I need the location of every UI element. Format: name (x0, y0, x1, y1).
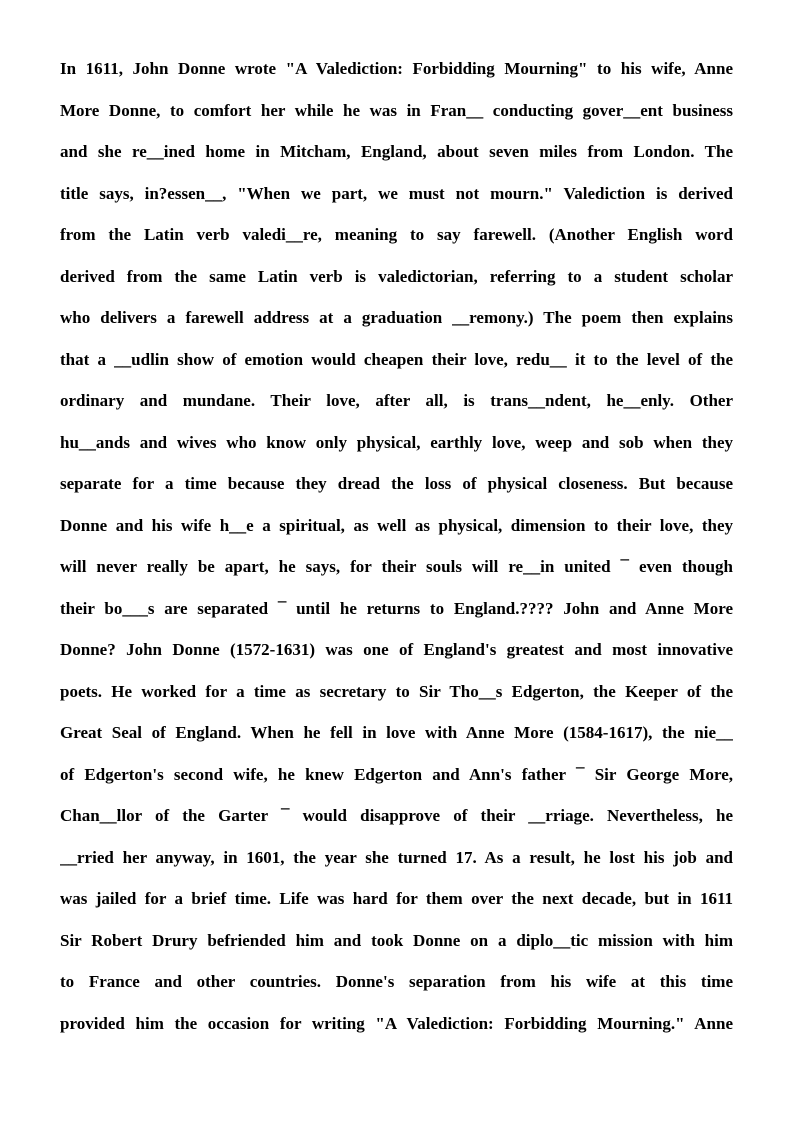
text-line: who delivers a farewell address at a gra… (60, 297, 733, 339)
text-line: Great Seal of England. When he fell in l… (60, 712, 733, 754)
text-line: More Donne, to comfort her while he was … (60, 90, 733, 132)
text-line: Sir Robert Drury befriended him and took… (60, 920, 733, 962)
text-line: title says, in?essen__, "When we part, w… (60, 173, 733, 215)
text-line: ordinary and mundane. Their love, after … (60, 380, 733, 422)
document-body-text: In 1611, John Donne wrote "A Valediction… (60, 48, 733, 1044)
text-line: Chan__llor of the Garter ¯ would disappr… (60, 795, 733, 837)
text-line: from the Latin verb valedi__re, meaning … (60, 214, 733, 256)
text-line: derived from the same Latin verb is vale… (60, 256, 733, 298)
text-line: Donne? John Donne (1572-1631) was one of… (60, 629, 733, 671)
text-line: separate for a time because they dread t… (60, 463, 733, 505)
text-line: Donne and his wife h__e a spiritual, as … (60, 505, 733, 547)
text-line: of Edgerton's second wife, he knew Edger… (60, 754, 733, 796)
text-line: poets. He worked for a time as secretary… (60, 671, 733, 713)
text-line: hu__ands and wives who know only physica… (60, 422, 733, 464)
text-line: to France and other countries. Donne's s… (60, 961, 733, 1003)
text-line: will never really be apart, he says, for… (60, 546, 733, 588)
document-page: In 1611, John Donne wrote "A Valediction… (0, 0, 793, 1122)
text-line: provided him the occasion for writing "A… (60, 1003, 733, 1045)
text-line: was jailed for a brief time. Life was ha… (60, 878, 733, 920)
text-line: In 1611, John Donne wrote "A Valediction… (60, 48, 733, 90)
text-line: their bo___s are separated ¯ until he re… (60, 588, 733, 630)
text-line: that a __udlin show of emotion would che… (60, 339, 733, 381)
text-line: and she re__ined home in Mitcham, Englan… (60, 131, 733, 173)
text-line: __rried her anyway, in 1601, the year sh… (60, 837, 733, 879)
